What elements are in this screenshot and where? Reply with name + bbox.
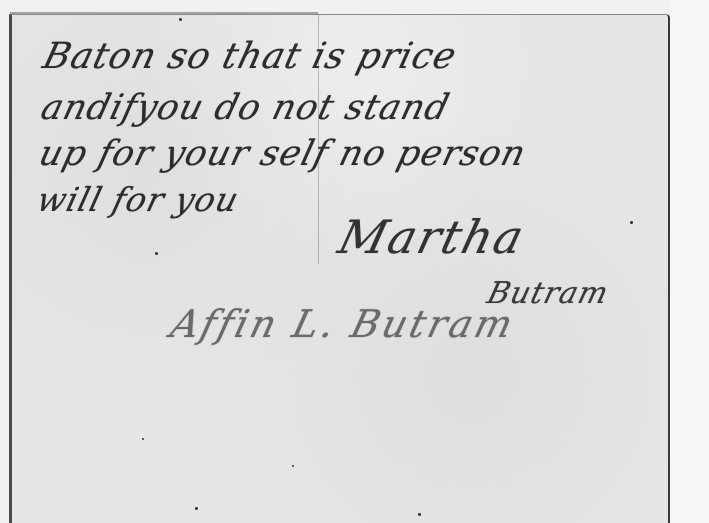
scanned-letter: Baton so that is price andifyou do not s… xyxy=(0,0,709,523)
ink-speck xyxy=(142,438,144,440)
ink-speck xyxy=(292,465,294,467)
ink-speck xyxy=(630,221,633,224)
ink-speck xyxy=(155,252,158,255)
ink-speck xyxy=(418,513,421,516)
ink-speck xyxy=(195,507,198,510)
scan-margin xyxy=(670,0,709,523)
letter-line-2: andifyou do not stand xyxy=(37,88,454,128)
second-signature: Affin L. Butram xyxy=(167,302,521,346)
letter-line-4: will for you xyxy=(33,180,243,219)
signature-first-name: Martha xyxy=(333,210,531,264)
letter-line-1: Baton so that is price xyxy=(39,36,461,77)
letter-line-3: up for your self no person xyxy=(35,134,530,174)
ink-speck xyxy=(179,18,182,21)
